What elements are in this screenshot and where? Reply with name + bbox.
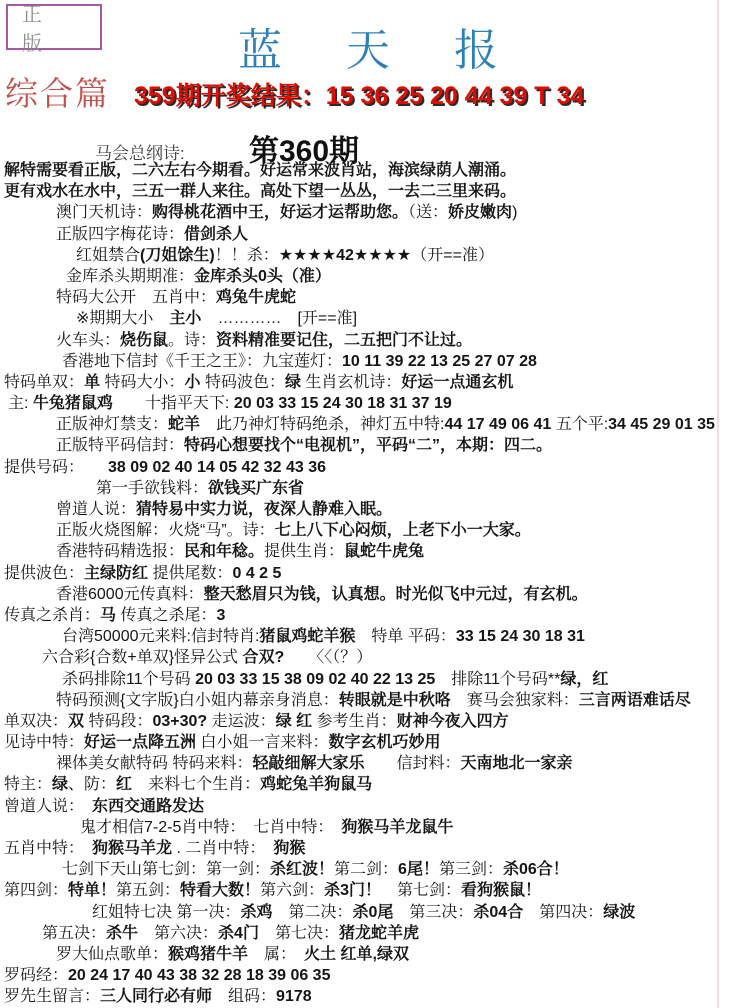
report-line-segment: 20 03 33 15 38 09 02 40 22 13 25	[195, 671, 435, 688]
report-line: 红姐特七决 第一决：杀鸡 第二决：杀0尾 第三决：杀04合 第四决：绿波	[4, 902, 730, 923]
report-line-segment: 第六剑：	[260, 882, 324, 899]
report-line: 传真之杀肖：马 传真之杀尾：3	[4, 605, 730, 626]
report-line: 特主：绿、防：红 来料七个生肖：鸡蛇兔羊狗鼠马	[4, 774, 730, 795]
report-line-segment: 特单 平码：	[355, 628, 455, 645]
report-line-segment: 狗猴马羊龙鼠牛	[325, 819, 453, 836]
report-line-segment: 特单！	[68, 882, 116, 899]
report-line: 七剑下天山第七剑：第一剑：杀红波！第二剑：6尾！第三剑：杀06合！	[4, 859, 730, 880]
report-line-segment: 澳门天机诗：	[56, 204, 152, 221]
report-line: 主: 牛兔猪鼠鸡 十指平天下: 20 03 33 15 24 30 18 31 …	[4, 393, 730, 414]
report-line-segment: 见诗中特：	[4, 734, 84, 751]
report-line-segment: 杀牛	[106, 925, 138, 942]
report-line: 裸体美女献特码 特码来料：轻敲细解大家乐 信封料：天南地北一家亲	[4, 753, 730, 774]
report-line-segment: 财神今夜入四方	[397, 713, 509, 730]
report-line-segment: 传真之杀尾：	[116, 607, 216, 624]
report-line-segment: 绿	[285, 374, 301, 391]
report-line-segment: 特看大数！	[180, 882, 260, 899]
report-line-segment: 提供生肖：	[264, 543, 344, 560]
report-line: 单双决：双 特码段：03+30? 走运波：绿 红 参考生肖：财神今夜入四方	[4, 711, 730, 732]
report-line: 曾道人说：猜特易中实力说，夜深人静难入眠。	[4, 499, 730, 520]
report-line-segment: 特码大公开 五肖中：	[56, 289, 216, 306]
report-line-segment: 资料精准要记住，二五把门不让过。	[216, 332, 472, 349]
report-line-segment: 3	[216, 607, 225, 624]
report-line-segment: （开==准）	[411, 247, 494, 264]
report-line: 香港地下信封《千王之王》：九宝莲灯：10 11 39 22 13 25 27 0…	[4, 351, 730, 372]
report-line-segment: 属：	[248, 946, 304, 963]
report-line-segment: 绿，红	[560, 671, 608, 688]
report-line: 第五决：杀牛 第六决：杀4门 第七决：猪龙蛇羊虎	[4, 923, 730, 944]
report-line-segment: 提供号码：	[4, 459, 76, 476]
report-line: 提供号码： 38 09 02 40 14 05 42 32 43 36	[4, 457, 730, 478]
report-page: 正 版 蓝天报 综合篇 359期开奖结果：15 36 25 20 44 39 T…	[0, 0, 730, 1008]
report-line-segment: 欲钱买广东省	[208, 480, 304, 497]
report-line-segment: 更有戏水在水中，三五一群人来往。高处下望一丛丛，一去二三里来码。	[4, 183, 516, 200]
report-line-segment: 杀鸡	[240, 904, 272, 921]
report-line-segment: 6尾！	[398, 861, 439, 878]
report-line-segment: 鸡兔牛虎蛇	[216, 289, 296, 306]
report-line: 五肖中特： 狗猴马羊龙 . 二肖中特： 狗猴	[4, 838, 730, 859]
report-line: 提供波色：主绿防红 提供尾数：0 4 2 5	[4, 563, 730, 584]
report-line-segment: 提供尾数：	[148, 565, 232, 582]
report-line-segment: 金库杀头0头（准）	[194, 268, 331, 285]
report-line-segment: 正版神灯禁支：	[56, 416, 168, 433]
report-line-segment: 正版特平码信封：	[56, 437, 184, 454]
report-line: 特码预测{文字版}白小姐内幕亲身消息：转眼就是中秋咯 赛马会独家料：三言两语难话…	[4, 690, 730, 711]
report-line-segment: 杀06合！	[503, 861, 569, 878]
report-line-segment: 单	[84, 374, 100, 391]
report-line-segment: 五个平:	[556, 416, 608, 433]
report-line-segment: 十指平天下:	[113, 395, 234, 412]
report-line: 第四剑：特单！第五剑：特看大数！第六剑：杀3门！ 第七剑：看狗猴鼠！	[4, 880, 730, 901]
report-line-segment: 狗猴	[257, 840, 305, 857]
report-line-segment: 天南地北一家亲	[460, 755, 572, 772]
report-line-segment: 。诗：	[168, 332, 216, 349]
report-line-segment: 03+30?	[152, 713, 207, 730]
report-line-segment: 提供波色：	[4, 565, 84, 582]
report-line-segment: 罗大仙点歌单：	[56, 946, 168, 963]
report-line-segment: 10 11 39 22 13 25 27 07 28	[342, 353, 537, 370]
report-line-segment: 第二决：	[272, 904, 352, 921]
report-line-segment: 借剑杀人	[184, 226, 248, 243]
report-line-segment: 蛇羊	[168, 416, 200, 433]
report-line-segment: 〈〈（？）	[284, 649, 372, 666]
report-line: 正版四字梅花诗：借剑杀人	[4, 224, 730, 245]
report-line-segment: 三人同行必有师	[100, 988, 212, 1005]
report-line-segment: ※期期大小	[76, 310, 169, 327]
report-line-segment: 双	[68, 713, 84, 730]
report-line-segment: 看狗猴鼠！	[461, 882, 541, 899]
report-line-segment: 特主：	[4, 776, 52, 793]
report-line-segment: 鼠蛇牛虎兔	[344, 543, 424, 560]
report-line-segment: 0 4 2 5	[232, 565, 281, 582]
report-line-segment: 20 24 17 40 43 38 32 28 18 39 06 35	[68, 967, 330, 984]
report-line-segment: 三言两语难话尽	[579, 692, 691, 709]
report-line-segment: 34 45 29 01 35	[608, 416, 715, 433]
report-line-segment: 第三决：	[393, 904, 473, 921]
report-line-segment: 七肖中特：	[237, 819, 325, 836]
report-line-segment: 绿 红	[276, 713, 312, 730]
report-line-segment: 第五决：	[42, 925, 106, 942]
report-line-segment: 特码波色：	[201, 374, 285, 391]
previous-draw-result: 359期开奖结果：15 36 25 20 44 39 T 34	[134, 76, 584, 112]
report-line-segment: 特码预测{文字版}白小姐内幕亲身消息：	[56, 692, 339, 709]
report-line-segment: 曾道人说：	[56, 501, 136, 518]
report-line-segment: 、防：	[68, 776, 116, 793]
report-line-segment: 转眼就是中秋咯	[339, 692, 451, 709]
report-line-segment: 好运一点通玄机	[401, 374, 513, 391]
report-line-segment: 猪龙蛇羊虎	[339, 925, 419, 942]
report-line-segment: 信封料：	[364, 755, 460, 772]
report-line-segment: 轻敲细解大家乐	[252, 755, 364, 772]
report-line-segment: 裸体美女献特码 特码来料：	[56, 755, 252, 772]
report-line-segment: 红姐禁合	[76, 247, 140, 264]
report-line-segment: 走运波：	[207, 713, 275, 730]
report-line-segment: 参考生肖：	[312, 713, 396, 730]
report-line-segment: 台湾50000元来料:信封特肖:	[62, 628, 259, 645]
report-line-segment: 主小	[169, 310, 201, 327]
report-body: 解特需要看正版，二六左右今期看。好运常来波肖站，海滨绿荫人潮涌。更有戏水在水中，…	[4, 160, 730, 1008]
report-line-segment: 第三剑：	[439, 861, 503, 878]
report-line-segment: 杀码排除11个号码	[62, 671, 195, 688]
report-line: 见诗中特：好运一点降五洲 白小姐一言来料：数字玄机巧妙用	[4, 732, 730, 753]
report-line-segment: 组码：	[212, 988, 276, 1005]
report-line: 杀码排除11个号码 20 03 33 15 38 09 02 40 22 13 …	[4, 669, 730, 690]
report-line-segment: 狗猴马羊龙	[76, 840, 172, 857]
report-line: 罗码经：20 24 17 40 43 38 32 28 18 39 06 35	[4, 965, 730, 986]
report-line-segment: 香港地下信封《千王之王》：九宝莲灯：	[62, 353, 342, 370]
report-line: 台湾50000元来料:信封特肖:猪鼠鸡蛇羊猴 特单 平码：33 15 24 30…	[4, 626, 730, 647]
report-line-segment: 特码单双：	[4, 374, 84, 391]
report-line: ※期期大小 主小 ………… [开==准]	[4, 308, 730, 329]
report-line-segment: 娇皮嫩肉	[448, 204, 512, 221]
report-line: 火车头：烧伤鼠。诗：资料精准要记住，二五把门不让过。	[4, 330, 730, 351]
report-line-segment: 五肖中特：	[4, 840, 76, 857]
report-line-segment: 传真之杀肖：	[4, 607, 100, 624]
report-line-segment: 鸡蛇兔羊狗鼠马	[260, 776, 372, 793]
report-line: 正版特平码信封：特码心想要找个“电视机”，平码“二”，本期：四二。	[4, 435, 730, 456]
report-line-segment: 9178	[276, 988, 312, 1005]
report-line-segment: 第七剑：	[381, 882, 461, 899]
report-line: 特码大公开 五肖中：鸡兔牛虎蛇	[4, 287, 730, 308]
report-line-segment: 杀3门！	[324, 882, 381, 899]
report-line-segment: 七剑下天山第七剑：第一剑：	[62, 861, 270, 878]
authentic-edition-badge: 正 版	[6, 4, 102, 50]
right-edge-divider	[717, 0, 719, 1008]
report-line-segment: . 二肖中特：	[172, 840, 257, 857]
report-line-segment: 主:	[8, 395, 33, 412]
report-line-segment: 第二剑：	[334, 861, 398, 878]
report-line-segment: （送：	[408, 204, 448, 221]
report-line-segment: 生肖玄机诗：	[301, 374, 401, 391]
report-line: 罗大仙点歌单：猴鸡猪牛羊 属： 火土 红单,绿双	[4, 944, 730, 965]
report-line-segment: 猪鼠鸡蛇羊猴	[259, 628, 355, 645]
report-line-segment: 特码心想要找个“电视机”，平码“二”，本期：四二。	[184, 437, 552, 454]
report-line-segment: 第五剑：	[116, 882, 180, 899]
report-line: 特码单双：单 特码大小：小 特码波色：绿 生肖玄机诗：好运一点通玄机	[4, 372, 730, 393]
report-line-segment: 来料七个生肖：	[132, 776, 260, 793]
report-line-segment: 六合彩{合数+单双}怪异公式	[42, 649, 242, 666]
report-line-segment: 东西交通路发达	[76, 798, 204, 815]
report-line-segment: 44 17 49 06 41	[444, 416, 555, 433]
report-line-segment: 杀红波！	[270, 861, 334, 878]
report-line-segment: 33 15 24 30 18 31	[456, 628, 585, 645]
section-title: 综合篇	[5, 68, 110, 115]
report-line-segment: 火土 红单,绿双	[304, 946, 409, 963]
report-line: 香港6000元传真料：整天愁眉只为钱，认真想。时光似飞中元过，有玄机。	[4, 584, 730, 605]
report-line-segment: 主绿防红	[84, 565, 148, 582]
report-line: 曾道人说： 东西交通路发达	[4, 796, 730, 817]
report-line-segment: 整天愁眉只为钱，认真想。时光似飞中元过，有玄机。	[204, 586, 588, 603]
report-line-segment: 第四剑：	[4, 882, 68, 899]
report-line-segment: 解特需要看正版，二六左右今期看。好运常来波肖站，海滨绿荫人潮涌。	[4, 162, 516, 179]
report-line-segment: 火车头：	[56, 332, 120, 349]
report-line-segment: 杀4门	[218, 925, 259, 942]
report-line-segment: 38 09 02 40 14 05 42 32 43 36	[76, 459, 326, 476]
report-line: 香港特码精选报：民和年稔。提供生肖：鼠蛇牛虎兔	[4, 541, 730, 562]
report-line-segment: 排除11个号码**	[435, 671, 560, 688]
report-line: 金库杀头期期准：金库杀头0头（准）	[4, 266, 730, 287]
report-line: 更有戏水在水中，三五一群人来往。高处下望一丛丛，一去二三里来码。	[4, 181, 730, 202]
report-line-segment: 红	[116, 776, 132, 793]
report-line-segment: 民和年稔。	[184, 543, 264, 560]
report-line-segment: 特码段：	[84, 713, 152, 730]
report-line: 解特需要看正版，二六左右今期看。好运常来波肖站，海滨绿荫人潮涌。	[4, 160, 730, 181]
report-line-segment: 火烧“马”。诗：	[168, 522, 275, 539]
report-line-segment: 绿	[52, 776, 68, 793]
report-line-segment: 购得桃花酒中王，好运才运帮助您。	[152, 204, 408, 221]
report-line-segment: 香港特码精选报：	[56, 543, 184, 560]
report-line-segment: 红姐特七决 第一决：	[92, 904, 240, 921]
report-line-segment: 20 03 33 15 24 30 18 31 37 19	[234, 395, 452, 412]
report-line-segment: 第一手欲钱料：	[96, 480, 208, 497]
report-line: 正版神灯禁支：蛇羊 此乃神灯特码绝杀，神灯五中特:44 17 49 06 41 …	[4, 414, 730, 435]
report-line-segment: 绿波	[603, 904, 635, 921]
report-line-segment: 曾道人说：	[4, 798, 76, 815]
report-line-segment: 第六决：	[138, 925, 218, 942]
report-line-segment: 鬼才相信7-2-5肖中特：	[80, 819, 237, 836]
report-line: 红姐禁合(刀姐馀生)！！杀：★★★★42★★★★（开==准）	[4, 245, 730, 266]
report-line-segment: 小	[184, 374, 200, 391]
report-line-segment: 烧伤鼠	[120, 332, 168, 349]
report-line-segment: 单双决：	[4, 713, 68, 730]
report-line-segment: 特码大小：	[100, 374, 184, 391]
report-line-segment: 正版火烧图解：	[56, 522, 168, 539]
report-line-segment: 第四决：	[523, 904, 603, 921]
report-line-segment: 白小姐一言来料：	[196, 734, 328, 751]
report-line-segment: 香港6000元传真料：	[56, 586, 204, 603]
report-line-segment: ………… [开==准]	[201, 310, 357, 327]
report-line: 正版火烧图解：火烧“马”。诗：七上八下心闷烦，上老下小一大家。	[4, 520, 730, 541]
report-line-segment: ★★★★42★★★★	[279, 247, 412, 264]
report-line-segment: 金库杀头期期准：	[66, 268, 194, 285]
report-line-segment: 赛马会独家料：	[451, 692, 579, 709]
report-line: 罗先生留言：三人同行必有师 组码：9178	[4, 986, 730, 1007]
report-line: 第一手欲钱料：欲钱买广东省	[4, 478, 730, 499]
report-line-segment: 好运一点降五洲	[84, 734, 196, 751]
report-line-segment: 第七决：	[259, 925, 339, 942]
report-line-segment: 马	[100, 607, 116, 624]
report-line-segment: 牛兔猪鼠鸡	[33, 395, 113, 412]
report-line-segment: ！！杀：	[215, 247, 279, 264]
report-line: 澳门天机诗：购得桃花酒中王，好运才运帮助您。（送：娇皮嫩肉)	[4, 202, 730, 223]
report-line: 六合彩{合数+单双}怪异公式 合双? 〈〈（？）	[4, 647, 730, 668]
report-line-segment: 合双?	[242, 649, 284, 666]
page-title: 蓝天报	[238, 14, 562, 78]
report-line-segment: 杀0尾	[352, 904, 393, 921]
report-line-segment: 猴鸡猪牛羊	[168, 946, 248, 963]
report-line-segment: 罗先生留言：	[4, 988, 100, 1005]
report-line-segment: 七上八下心闷烦，上老下小一大家。	[275, 522, 531, 539]
report-line-segment: 正版四字梅花诗：	[56, 226, 184, 243]
report-line: 鬼才相信7-2-5肖中特： 七肖中特： 狗猴马羊龙鼠牛	[4, 817, 730, 838]
report-line-segment: (刀姐馀生)	[140, 247, 215, 264]
report-line-segment: 罗码经：	[4, 967, 68, 984]
report-line-segment: 猜特易中实力说，夜深人静难入眠。	[136, 501, 392, 518]
report-line-segment: 杀04合	[473, 904, 523, 921]
report-line-segment: 此乃神灯特码绝杀，神灯五中特:	[200, 416, 444, 433]
report-line-segment: 数字玄机巧妙用	[328, 734, 440, 751]
report-line-segment: )	[512, 204, 517, 221]
